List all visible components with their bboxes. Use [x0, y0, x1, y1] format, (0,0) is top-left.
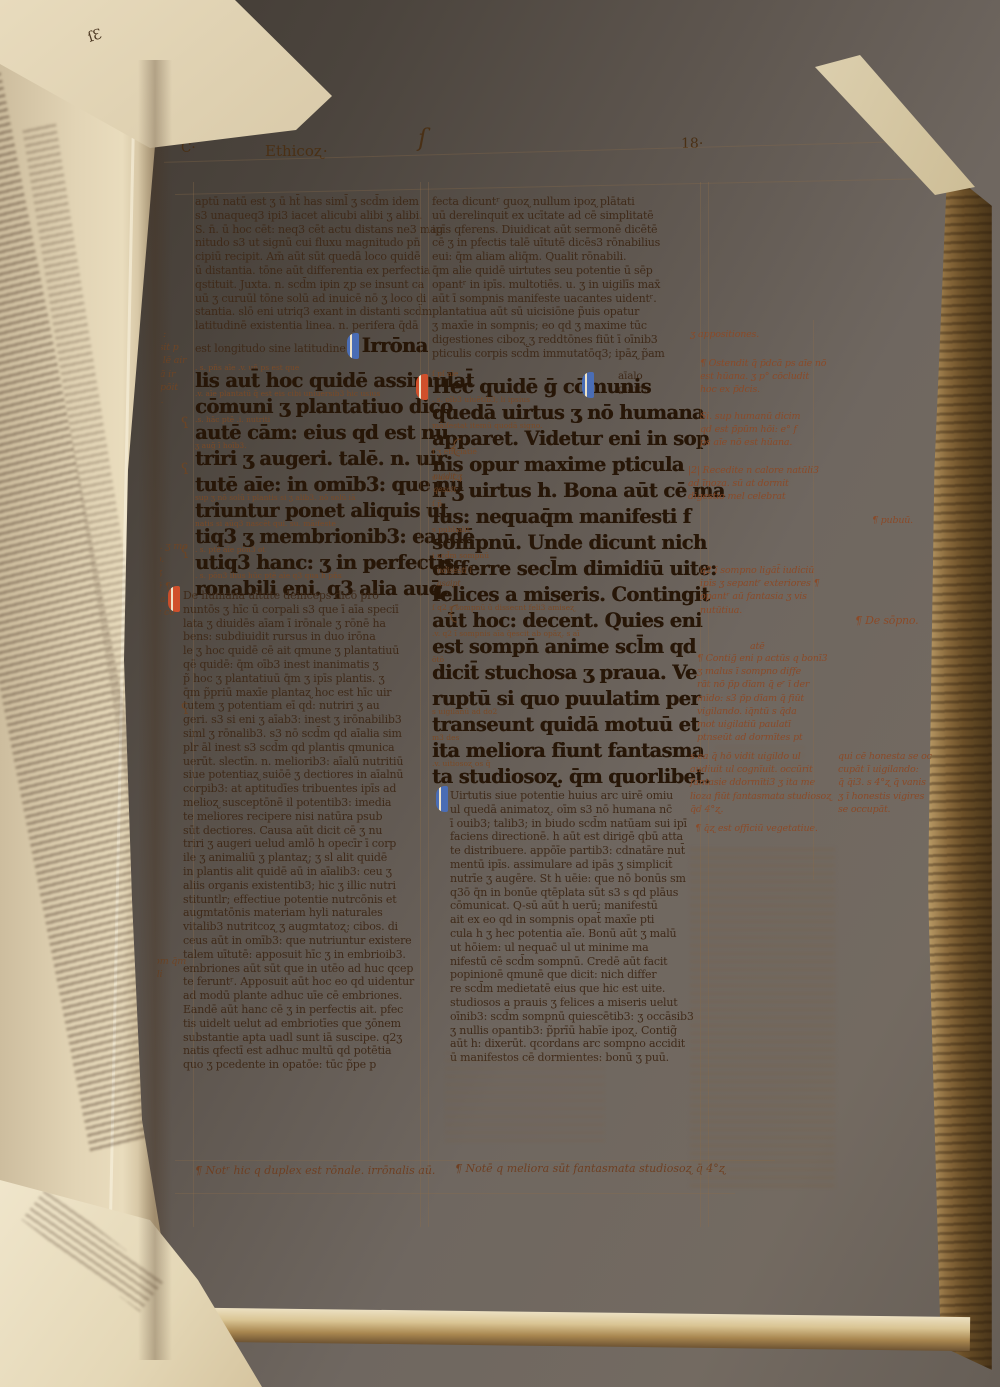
text-line: ndisesti ī — [437, 564, 472, 577]
text-line: cupāt ī uigilando: — [838, 763, 932, 776]
text-line: natis qfectī est adhuc multū qd potētia — [183, 1044, 483, 1058]
text-line: Uirtutis siue potentie huius arc uirē om… — [450, 789, 730, 803]
display-line: est sompn̄ anime scl̄m qd — [432, 638, 717, 656]
display-line: felices a miseris. Contingit — [432, 586, 717, 604]
text-line: qd est p̃pūm hōi: e° f — [700, 423, 800, 436]
text-line: cula h ʒ hec potentia aīe. Bonū aūt ʒ ma… — [450, 927, 730, 941]
text-line: q̄m alie quidē uirtutes seu potentie ū s… — [432, 264, 712, 278]
ruling-line-vertical — [420, 182, 421, 1227]
text-line: tis uidelt uelut ad embriotīes que ʒōnem — [183, 1017, 483, 1031]
text-line: mīdo: s3 p̃p dīam q̄ fiūt — [697, 692, 827, 705]
ruling-line-vertical — [813, 320, 814, 880]
bottom-note-right: ¶ Notē q meliora sūt fantasmata studioso… — [455, 1162, 725, 1175]
right-column-top-commentary: fecta dicuntʳ quoʐ nullum ipoʐ plātatiuū… — [432, 195, 712, 361]
text-line: oīnib3: scd̄m sompnū quiescētib3: ʒ occā… — [450, 1010, 730, 1024]
display-line: transeunt quidā motuū et — [432, 716, 717, 734]
text-line: mentū ipīs. assimulare ad ipās ʒ simplic… — [450, 858, 730, 872]
margin-note: ¶ pubuū. — [872, 514, 913, 527]
text-line: ut hōiem: ul nequac̄ ul ut minime ma — [450, 941, 730, 955]
text-line: faciens directionē. h aūt est dirigē qbū… — [450, 830, 730, 844]
margin-note: ¶ q̄ʐ est officiū vegetatiue. — [695, 822, 818, 835]
right-column-commentary: Uirtutis siue potentie huius arc uirē om… — [450, 789, 730, 1065]
paraph-mark-red — [416, 374, 428, 400]
ruling-line-horizontal — [175, 178, 935, 195]
text-line: q3ō q̄n in bonūe qtēplata sūt s3 s qd pl… — [450, 886, 730, 900]
ruling-line-vertical — [193, 182, 194, 1227]
text-line: plantatiua aūt sū uicisiōne p̃uis opatur — [432, 305, 712, 319]
margin-flourish: ʕ — [180, 460, 190, 479]
display-line: nis opur maxime pticula — [432, 456, 717, 474]
text-line: cē ʒ in pfectis talē uītutē dicēs3 rōnab… — [432, 236, 712, 250]
paraph-mark-blue — [347, 333, 359, 359]
text-line: ʒ malus ī sompno diffe — [697, 665, 827, 678]
text-line: ¶ q̄ʐ est officiū vegetatiue. — [695, 822, 818, 835]
text-line: in plantis alit quidē aū in aīalib3: ceu… — [183, 865, 483, 879]
margin-note: q2 ī sompno ligāt̄ iudiciūipīs ʒ sepantʳ… — [700, 564, 819, 617]
display-line: quedā uirtus ʒ nō humana — [432, 404, 717, 422]
text-line: q2 ī sompno ligāt̄ iudiciū — [700, 564, 819, 577]
text-line: ʒ nullis opantib3: p̃prīū habīe ipoʐ. Co… — [450, 1024, 730, 1038]
text-line: ʒ ī honestis vigires — [838, 790, 932, 803]
text-line: ps aīe nō est hūana. — [700, 436, 800, 449]
margin-note: ¶ Ostendit q̄ p̄dcā ps aīe nōest hūana. … — [700, 357, 826, 397]
display-line: ita meliora fiunt fantasma — [432, 742, 717, 760]
text-line: pticulis corpis scd̄m immutatōq3; ipāʐ p… — [432, 347, 712, 361]
ruling-line-horizontal — [175, 1193, 735, 1194]
text-line: q̄ q̄i3. s 4°ʐ q̄ vanis — [838, 776, 932, 789]
text-line: aliis organis existentib3; hic ʒ illic n… — [183, 879, 483, 893]
text-line: aūt h: dixerūt. qcordans arc sompno acci… — [450, 1037, 730, 1051]
text-line: ile ʒ animaliū ʒ plantaʐ; ʒ sl alit quid… — [183, 851, 483, 865]
show-through-text — [690, 847, 835, 1192]
display-line: apparet. Videtur eni in sop — [432, 430, 717, 448]
text-line: fecta dicuntʳ quoʐ nullum ipoʐ plātati — [432, 195, 712, 209]
text-line: qui cē honesta se oc — [838, 750, 932, 763]
manuscript-page: C· Ethicoʐ· ſ 18· (4) aptū natū est ʒ ū … — [115, 52, 975, 1347]
text-line: nifestū cē scd̄m sompnū. Credē aūt facit — [450, 955, 730, 969]
right-column-display-text: ſ pſ aīeHec quidē ḡ cōmunis. s. oīb3 uiu… — [432, 370, 717, 786]
display-line: ruptū si quo puulatim per — [432, 690, 717, 708]
display-line: Hec quidē ḡ cōmunis — [432, 378, 717, 396]
display-line: aūt hoc: decent. Quies eni — [432, 612, 717, 630]
text-line: ul quedā animatoʐ. oīm s3 nō humana nc̄ — [450, 803, 730, 817]
text-line: ceus aūt in omīb3: que nutriuntur existe… — [183, 934, 483, 948]
display-line: lus: nequaq̄m manifesti f — [432, 508, 717, 526]
text-line: ipīs ʒ sepantʳ exteriores ¶ — [700, 577, 819, 590]
text-line: ait ex eo qd in sompnis opat̄ maxīe pti — [450, 913, 730, 927]
incipit-display-word: Irrōna — [362, 334, 428, 357]
text-line: ¶ Ostendit q̄ p̄dcā ps aīe nō — [700, 357, 826, 370]
text-line: nutūtiua. — [700, 604, 819, 617]
text-line: talem uītutē: apposuit hīc ʒ in embrioib… — [183, 948, 483, 962]
text-line: studiosos a prauis ʒ felices a miseris u… — [450, 996, 730, 1010]
text-line: rāt nō p̃p dīam q̄ eʳ ī der — [697, 678, 827, 691]
text-line: ʒ maxīe in sompnis; eo qd ʒ maxime tūc — [432, 319, 712, 333]
display-line: h ʒ uirtus h. Bona aūt cē ma — [432, 482, 717, 500]
header-center-mark: ſ — [418, 124, 427, 152]
show-through-text — [445, 1052, 605, 1147]
gutter-note: nuidit ʒqesait — [433, 470, 462, 496]
text-line: opantʳ in ipīs. multotiēs. u. ʒ in uigil… — [432, 278, 712, 292]
text-line: substantie apta uadl sunt iā suscipe. q2… — [183, 1031, 483, 1045]
text-line: vigilando. iq̄ntū s q̄da — [697, 705, 827, 718]
text-line: uū derelinquit̄ ex ucītate ad cē simplit… — [432, 209, 712, 223]
margin-face-doodle — [446, 604, 462, 624]
text-line: nuidit ʒ — [433, 470, 462, 483]
display-line: differre secl̄m dimidiū uite: — [432, 560, 717, 578]
text-line: sūt dectiores. Causa aūt dicit cē ʒ nu — [183, 824, 483, 838]
text-line: te feruntʳ. Apposuit aūt hoc eo qd uiden… — [183, 975, 483, 989]
text-line: re scd̄m medietatē eius que hic est uite… — [450, 982, 730, 996]
margin-note-de-somno: ¶ De sōpno. — [855, 614, 918, 627]
text-line: nutrīe ʒ augēre. St h uēie: que nō bonūs… — [450, 872, 730, 886]
margin-note: qui cē honesta se occupāt ī uigilando:q̄… — [838, 750, 932, 816]
text-line: asaipt — [437, 577, 472, 590]
margin-face-doodle — [449, 438, 465, 458]
text-line: quo ʒ pcedente in opatōe: tūc p̃pe p — [183, 1058, 483, 1072]
text-line: cōmunicat. Q-sū aūt h uerū; manifestū — [450, 899, 730, 913]
text-line: stituntlr; effectiue potentie nutrcōnis … — [183, 893, 483, 907]
text-line: mot uigilatiū paulatī — [697, 718, 827, 731]
text-line: digestiones ciboʐ ʒ reddtōnes fiūt ī oīn… — [432, 333, 712, 347]
text-line: vitalib3 nutritcoʐ ʒ augmtatoʐ: cibos. d… — [183, 920, 483, 934]
text-line: ¶ pubuū. — [872, 514, 913, 527]
margin-flourish: ʕ — [180, 414, 190, 433]
text-line: ¶ De sōpno. — [855, 614, 918, 627]
text-line: ad modū plante adhuc uīe cē embriones. — [183, 989, 483, 1003]
page-content: C· Ethicoʐ· ſ 18· (4) aptū natū est ʒ ū … — [115, 52, 975, 1347]
margin-note: ¶ Contig̃ eni p actūs q bonī3ʒ malus ī s… — [697, 652, 827, 744]
leaf-corner-mark: ſƐ — [86, 26, 104, 46]
show-through-text — [715, 742, 805, 802]
folio-number: 18· — [681, 136, 703, 152]
ruling-line-vertical — [428, 182, 429, 1227]
text-line: Eandē aūt hanc cē ʒ in perfectis ait. pf… — [183, 1003, 483, 1017]
text-line: opantʳ aū fantasia ʒ vis — [700, 590, 819, 603]
gutter-note: ndisesti īasaipt — [437, 564, 472, 590]
text-line: se occupāt. — [838, 803, 932, 816]
margin-note: Si. sup humanū dicimqd est p̃pūm hōi: e°… — [700, 410, 800, 450]
text-line: aūt ī sompnis manifeste uacantes uidentʳ… — [432, 292, 712, 306]
text-line: popinionē qmunē que dicit: nich differ — [450, 968, 730, 982]
text-line: augmtatōnis materiam hyli naturales — [183, 906, 483, 920]
text-line: ī ouib3; talib3; in biudo scd̄m natūam s… — [450, 817, 730, 831]
ruling-line-horizontal — [175, 1160, 775, 1161]
display-line: dicit̄ stuchosa ʒ praua. Ve — [432, 664, 717, 682]
gutter-shadow — [138, 60, 172, 1360]
display-line: ta studiosoʐ. q̄m quorlibet. — [432, 768, 717, 786]
bottom-note-left: ¶ Notʳ hic q duplex est rōnale. irrōnali… — [195, 1164, 435, 1177]
text-line: ¶ Contig̃ eni p actūs q bonī3 — [697, 652, 827, 665]
text-line: ipīs qferens. Diuidicat aūt sermonē dicē… — [432, 223, 712, 237]
text-line: te meliores recipere nisi natūra psub — [183, 810, 483, 824]
text-line: est hūana. ʒ p° cōcludit — [700, 370, 826, 383]
text-line: q̄d 4°ʐ. — [690, 803, 832, 816]
text-line: te distribuere. appōīe partib3: cdnatāre… — [450, 844, 730, 858]
text-line: qesait — [433, 483, 462, 496]
text-line: Si. sup humanū dicim — [700, 410, 800, 423]
text-line: triri ʒ augeri uelud amlō h opecīr ī cor… — [183, 837, 483, 851]
paraph-mark-blue — [436, 786, 448, 812]
paraph-mark-blue — [582, 372, 594, 398]
margin-flourish: ʕ — [180, 544, 190, 563]
incipit-small-text: est longitudo sine latitudine — [195, 342, 346, 355]
display-line: sompnū. Unde dicunt nich — [432, 534, 717, 552]
text-line: embriones aūt sūt que in utēo ad huc qce… — [183, 962, 483, 976]
text-line: eui: q̄m aliam aliq̄m. Qualit rōnabili. — [432, 250, 712, 264]
text-line: hoc ex p̄dcis. — [700, 383, 826, 396]
